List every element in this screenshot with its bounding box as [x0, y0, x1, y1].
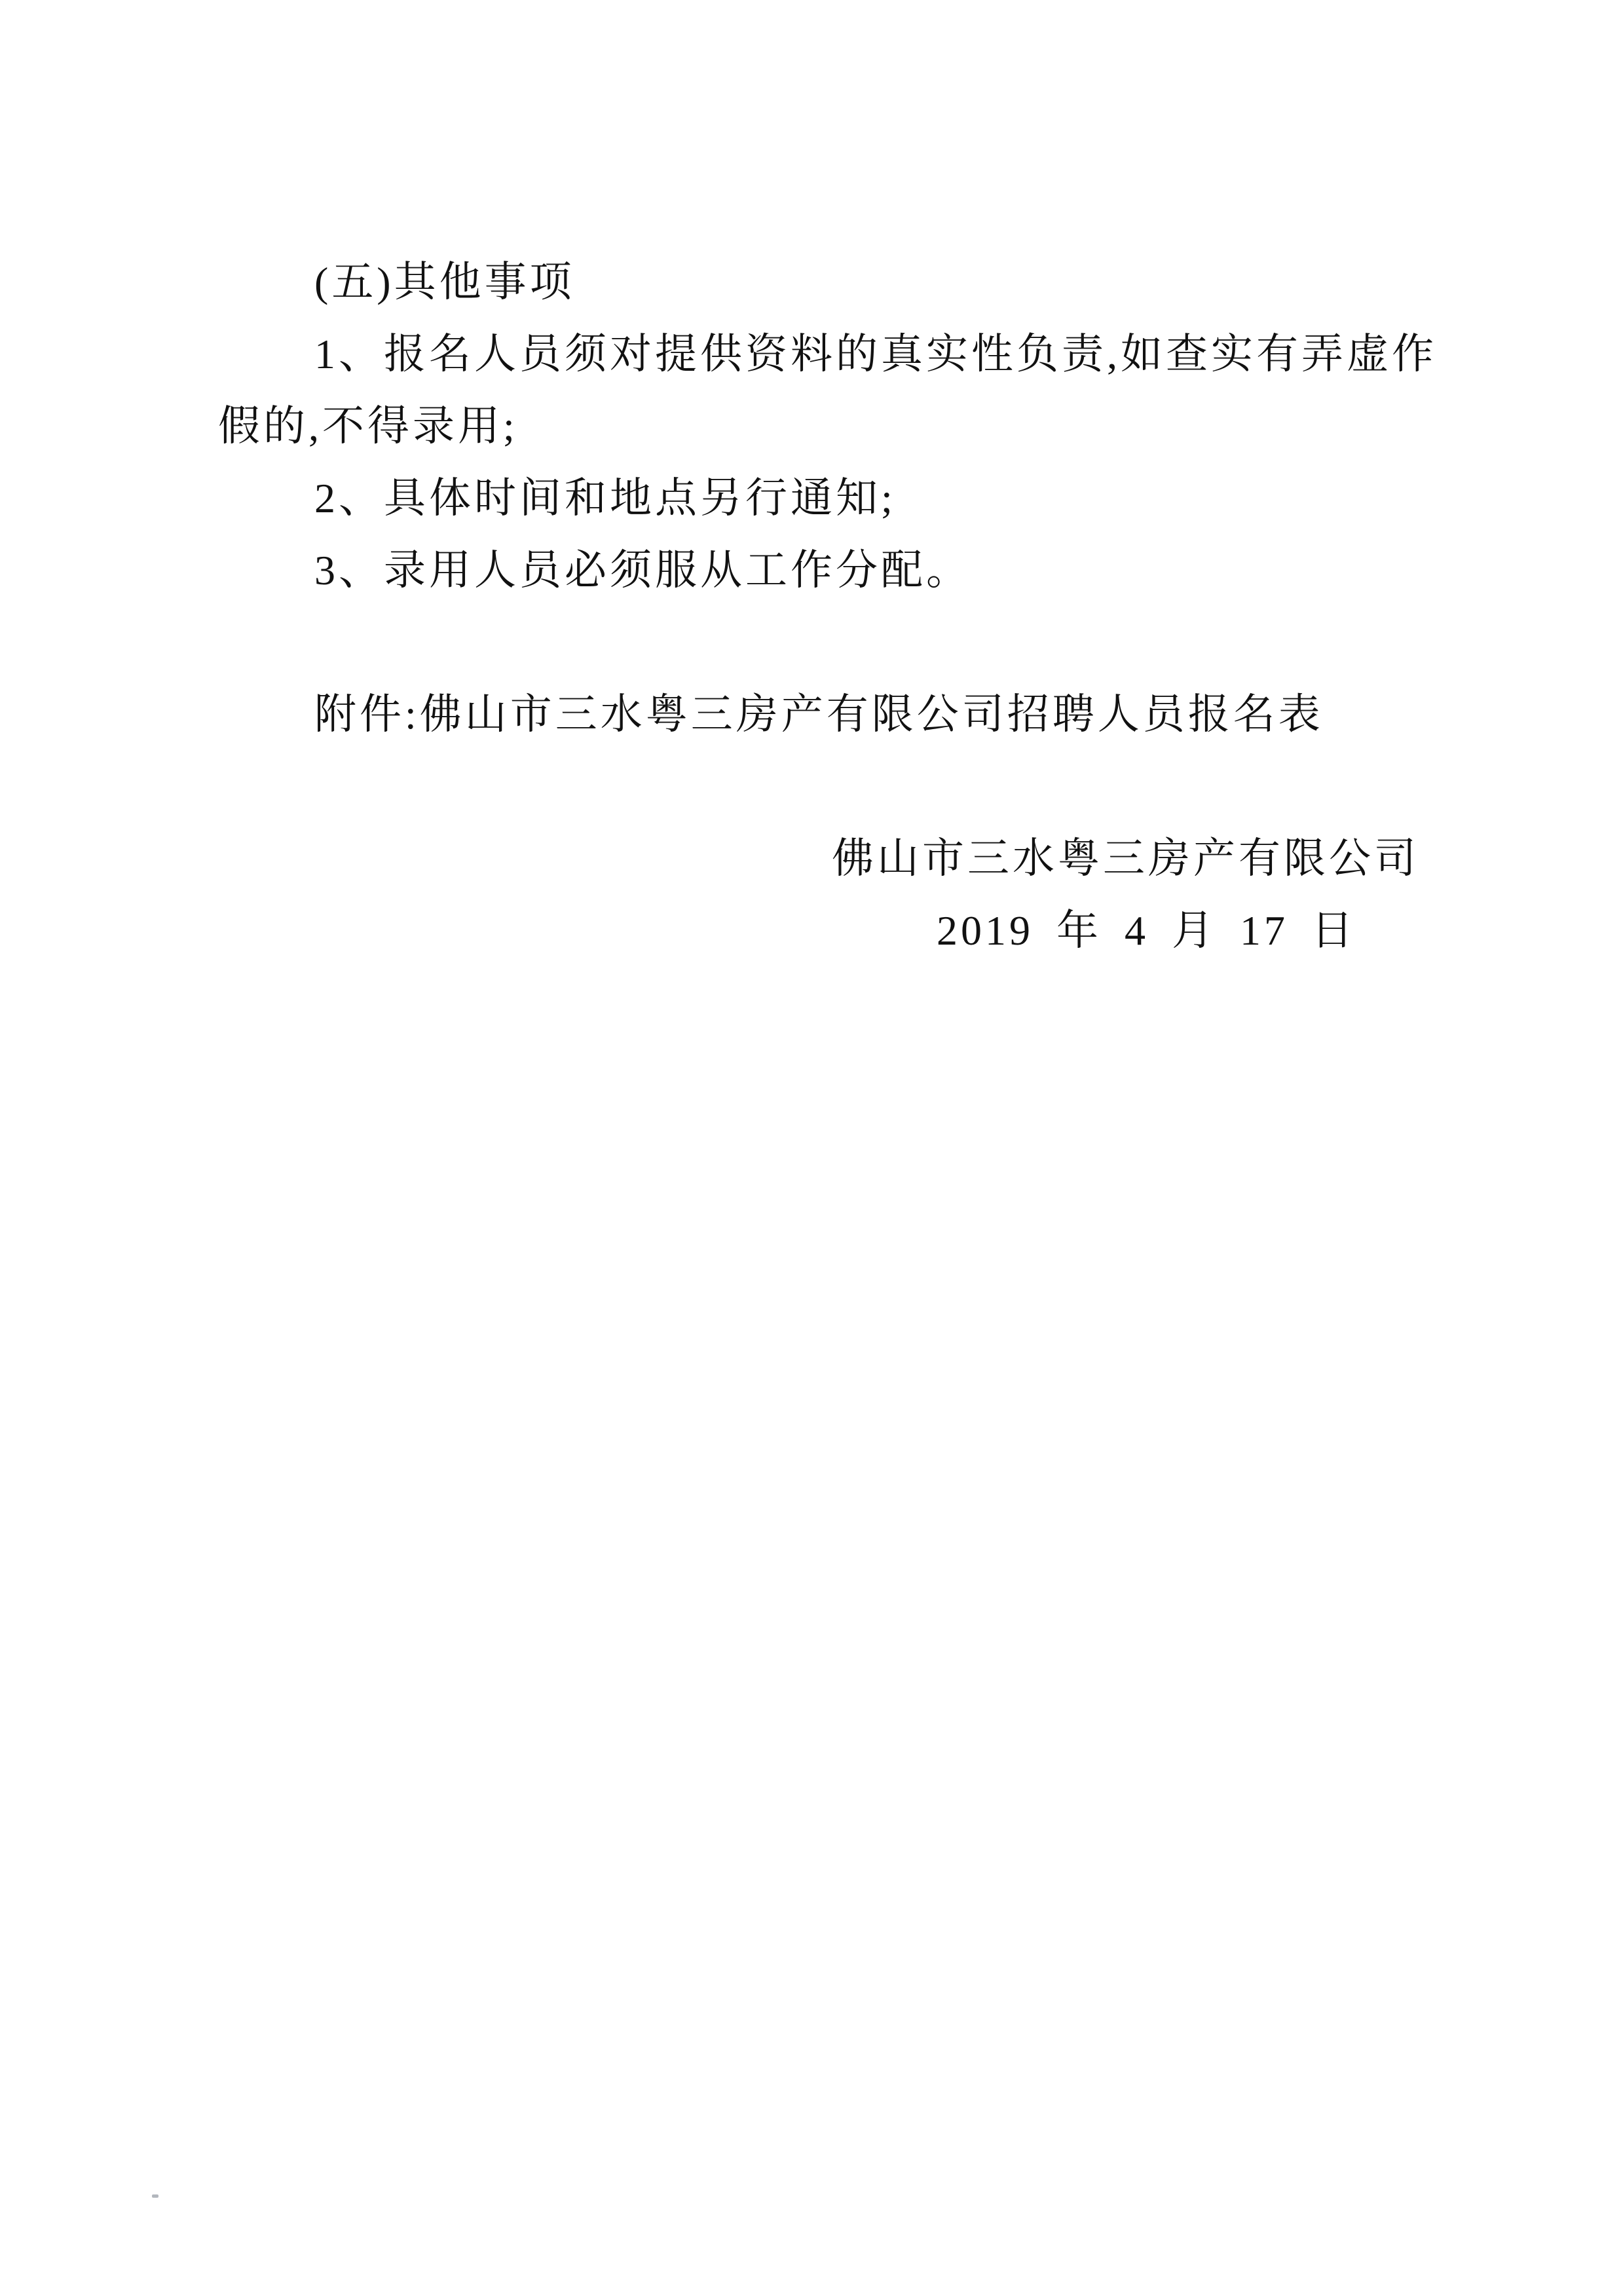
- item-3: 3、录用人员必须服从工作分配。: [218, 531, 1470, 603]
- item-1-line-2: 假的,不得录用;: [218, 386, 1470, 459]
- item-1-line-1: 1、报名人员须对提供资料的真实性负责,如查实有弄虚作: [218, 314, 1470, 386]
- document-body: (五)其他事项 1、报名人员须对提供资料的真实性负责,如查实有弄虚作 假的,不得…: [218, 242, 1470, 963]
- scan-artifact: [152, 2194, 158, 2198]
- scanned-document-page: (五)其他事项 1、报名人员须对提供资料的真实性负责,如查实有弄虚作 假的,不得…: [0, 0, 1621, 2296]
- spacer: [218, 747, 1470, 819]
- signature-company: 佛山市三水粤三房产有限公司: [218, 819, 1470, 891]
- attachment-line: 附件:佛山市三水粤三房产有限公司招聘人员报名表: [218, 675, 1470, 747]
- signature-date: 2019 年 4 月 17 日: [218, 891, 1470, 963]
- item-2: 2、具体时间和地点另行通知;: [218, 459, 1470, 531]
- section-heading: (五)其他事项: [218, 242, 1470, 314]
- spacer: [218, 603, 1470, 675]
